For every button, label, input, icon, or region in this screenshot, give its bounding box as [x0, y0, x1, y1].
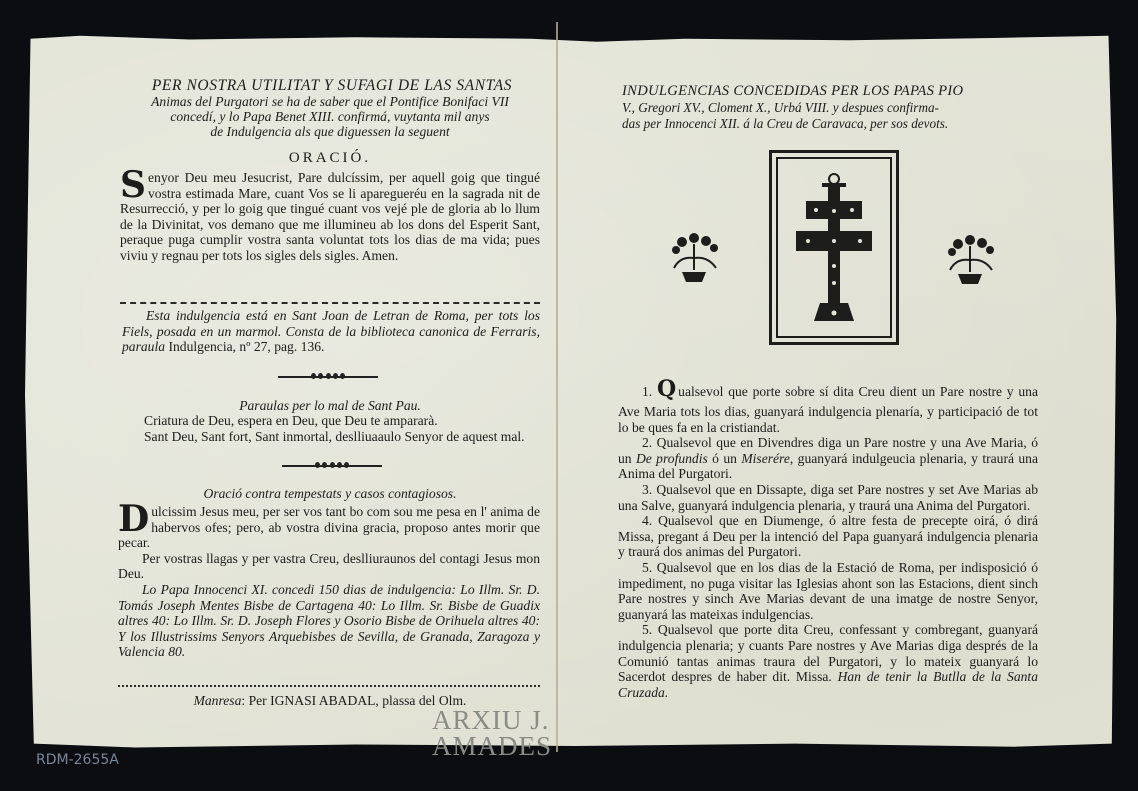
caravaca-cross-woodcut: [769, 150, 899, 345]
caravaca-cross-icon: [792, 171, 876, 326]
oracio-text: Senyor Deu meu Jesucrist, Pare dulcíssim…: [120, 170, 540, 264]
right-heading-line1: INDULGENCIAS CONCEDIDAS PER LOS PAPAS PI…: [622, 83, 1052, 100]
sant-pau-title: Paraulas per lo mal de Sant Pau.: [110, 398, 550, 414]
flower-vase-right-icon: [944, 234, 1000, 286]
list-item: 2. Qualsevol que en Divendres diga un Pa…: [618, 435, 1038, 482]
ornament-divider: [278, 373, 378, 381]
oracio-title: ORACIÓ.: [110, 150, 550, 167]
left-heading-line4: de Indulgencia als que diguessen la segu…: [110, 124, 550, 140]
tempestats-text: Dulcissim Jesus meu, per ser vos tant bo…: [118, 504, 540, 660]
indulgence-list: 1. Qualsevol que porte sobre sí dita Cre…: [618, 374, 1038, 700]
drop-cap-q: Q: [657, 376, 676, 402]
sant-pau-text: Criatura de Deu, espera en Deu, que Deu …: [120, 413, 540, 444]
right-heading-line2: V., Gregori XV., Cloment X., Urbá VIII. …: [622, 100, 1052, 116]
tempestats-title: Oració contra tempestats y casos contagi…: [110, 486, 550, 502]
page-fold: [556, 22, 558, 752]
flower-vase-left-icon: [668, 232, 724, 284]
ornament-divider: [282, 462, 382, 470]
left-heading-line1: PER NOSTRA UTILITAT Y SUFAGI DE LAS SANT…: [117, 77, 547, 95]
indulgence-note: Esta indulgencia está en Sant Joan de Le…: [122, 308, 540, 355]
wavy-rule: [118, 685, 540, 690]
left-heading-line3: concedí, y lo Papa Benet XIII. confirmá,…: [110, 109, 550, 125]
section-divider: [120, 302, 540, 304]
list-item: 1. Qualsevol que porte sobre sí dita Cre…: [618, 374, 1038, 435]
archive-stamp: ARXIU J. AMADES: [432, 707, 552, 759]
shelfmark: RDM-2655A: [36, 752, 119, 768]
list-item: 3. Qualsevol que en Dissapte, diga set P…: [618, 482, 1038, 513]
list-item: 4. Qualsevol que en Diumenge, ó altre fe…: [618, 513, 1038, 560]
list-item: 5. Qualsevol que porte dita Creu, confes…: [618, 622, 1038, 700]
left-heading-line2: Animas del Purgatori se ha de saber que …: [110, 94, 550, 110]
drop-cap-s: S: [120, 170, 146, 200]
list-item: 5. Qualsevol que en los dias de la Estac…: [618, 560, 1038, 622]
right-heading-line3: das per Innocenci XII. á la Creu de Cara…: [622, 116, 1052, 132]
drop-cap-d: D: [118, 504, 149, 534]
